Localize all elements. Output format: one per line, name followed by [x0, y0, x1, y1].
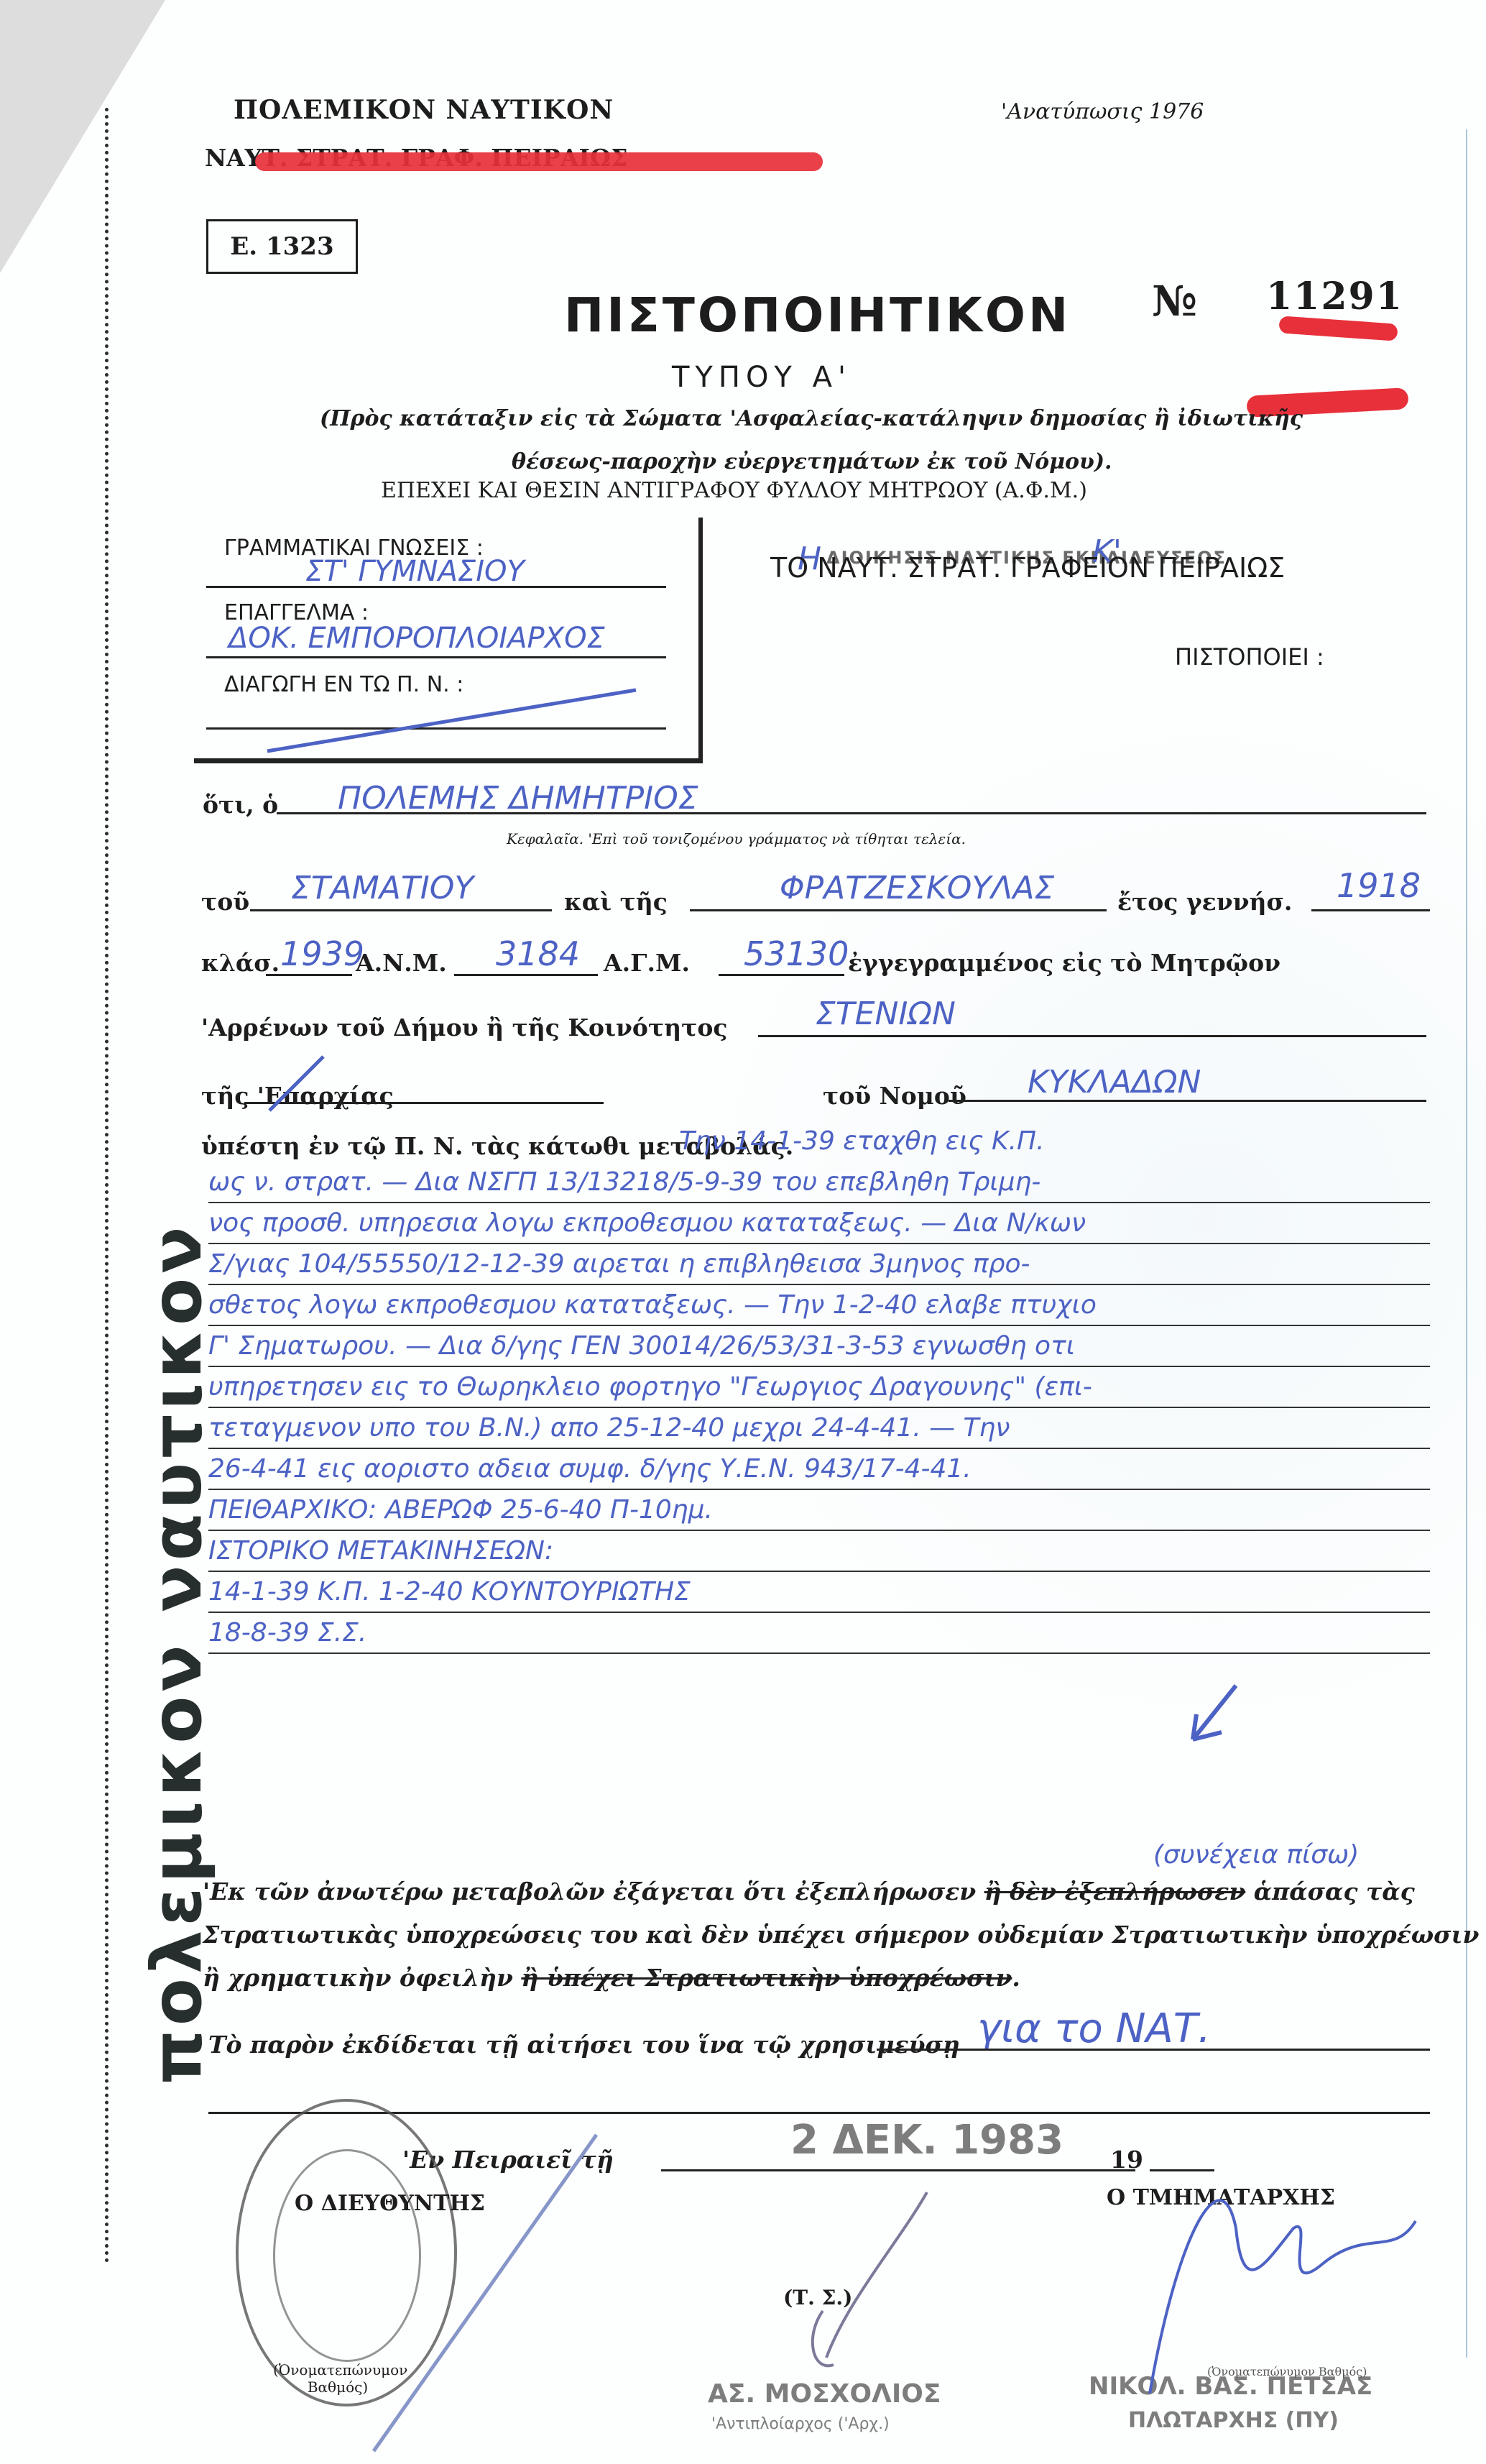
- handwriting-strokes: [0, 0, 1486, 2464]
